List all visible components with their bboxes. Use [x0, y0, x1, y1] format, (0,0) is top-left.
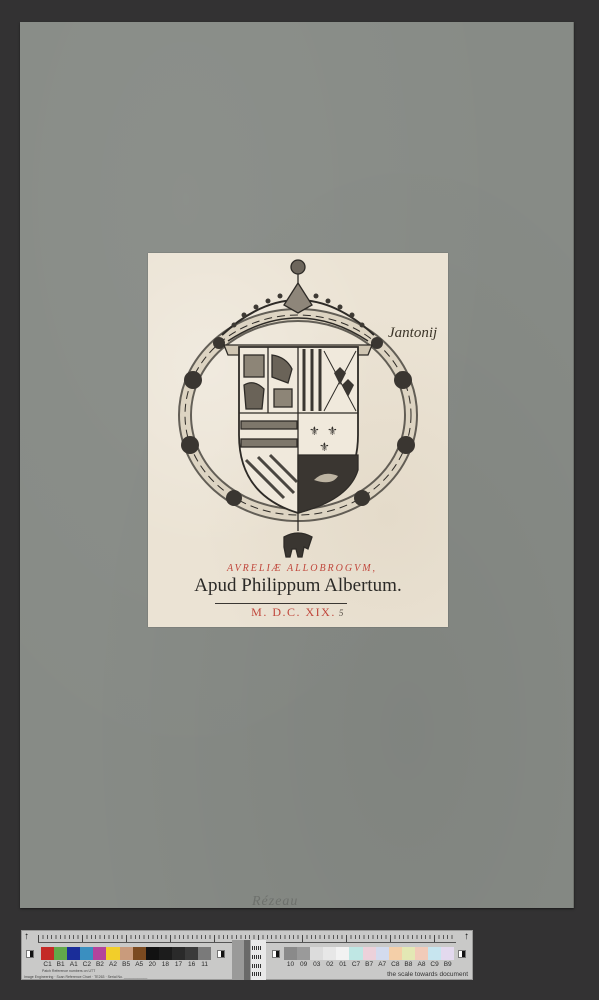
color-swatch [41, 947, 54, 960]
swatch-label: 17 [172, 961, 185, 968]
coat-of-arms-icon: ⚜⚜⚜ [164, 255, 432, 565]
check-patch-icon [458, 950, 466, 958]
swatch-label: 18 [159, 961, 172, 968]
swatch-label: B5 [120, 961, 133, 968]
handwritten-signature: Jantonij [388, 325, 437, 342]
swatch-label: 10 [284, 961, 297, 968]
swatch-label: A8 [415, 961, 428, 968]
swatch-label: 03 [310, 961, 323, 968]
color-swatch [80, 947, 93, 960]
swatch-label: 09 [297, 961, 310, 968]
check-patch-icon [272, 950, 280, 958]
swatch-label: B2 [93, 961, 106, 968]
color-swatch [310, 947, 323, 960]
color-swatch [146, 947, 159, 960]
swatch-label: B9 [441, 961, 454, 968]
color-swatch [297, 947, 310, 960]
imprint-year: M. D.C. XIX.5 [148, 605, 448, 620]
color-swatch [323, 947, 336, 960]
swatch-label: C8 [389, 961, 402, 968]
imprint-divider [215, 603, 347, 604]
left-color-swatches [41, 947, 211, 960]
color-swatch [336, 947, 349, 960]
color-swatch [93, 947, 106, 960]
color-swatch [185, 947, 198, 960]
color-swatch [133, 947, 146, 960]
color-swatch [415, 947, 428, 960]
color-swatch [376, 947, 389, 960]
right-swatch-labels: 1009030201C7B7A7C8B8A8C9B9 [284, 961, 454, 968]
swatch-label: C2 [80, 961, 93, 968]
title-page-fragment: ⚜⚜⚜ Jantonij AVRELIÆ ALLOBROGVM, Apud Ph… [148, 253, 448, 627]
svg-text:⚜: ⚜ [319, 440, 330, 454]
swatch-label: 01 [336, 961, 349, 968]
color-scale-bar: ↑ ↑ C1B1A1C2B2A2B5A52018171611 100903020… [21, 930, 473, 980]
check-patch-icon [26, 950, 34, 958]
color-swatch [172, 947, 185, 960]
swatch-label: A1 [67, 961, 80, 968]
color-swatch [106, 947, 119, 960]
color-swatch [349, 947, 362, 960]
color-swatch [120, 947, 133, 960]
color-swatch [284, 947, 297, 960]
right-color-swatches [284, 947, 454, 960]
swatch-label: 20 [146, 961, 159, 968]
color-swatch [428, 947, 441, 960]
gray-reference-block [232, 940, 266, 980]
svg-text:⚜: ⚜ [327, 424, 338, 438]
scale-footer-right: the scale towards document [387, 971, 468, 978]
up-arrow-icon-right: ↑ [464, 932, 469, 942]
color-swatch [389, 947, 402, 960]
scale-footer-left: Image Engineering · Scan Reference Chart… [24, 975, 147, 979]
pencil-annotation: Rézeau [252, 894, 298, 910]
color-swatch [159, 947, 172, 960]
swatch-label: B8 [402, 961, 415, 968]
swatch-label: C9 [428, 961, 441, 968]
color-swatch [54, 947, 67, 960]
swatch-label: C1 [41, 961, 54, 968]
svg-text:⚜: ⚜ [309, 424, 320, 438]
imprint-city: AVRELIÆ ALLOBROGVM, [148, 563, 448, 574]
swatch-label: 11 [198, 961, 211, 968]
swatch-label: 16 [185, 961, 198, 968]
color-swatch [67, 947, 80, 960]
swatch-label: B7 [363, 961, 376, 968]
color-swatch [441, 947, 454, 960]
color-swatch [402, 947, 415, 960]
swatch-label: B1 [54, 961, 67, 968]
up-arrow-icon-left: ↑ [24, 932, 29, 942]
swatch-label: A2 [106, 961, 119, 968]
patch-note: Patch Reference numbers on UTT [42, 969, 95, 973]
swatch-label: 02 [323, 961, 336, 968]
imprint-year-text: M. D.C. XIX. [251, 605, 336, 619]
check-patch-icon [217, 950, 225, 958]
swatch-label: A5 [133, 961, 146, 968]
imprint-printer: Apud Philippum Albertum. [148, 575, 448, 597]
swatch-label: A7 [376, 961, 389, 968]
color-swatch [198, 947, 211, 960]
imprint-year-mark: 5 [339, 608, 345, 618]
color-swatch [363, 947, 376, 960]
swatch-label: C7 [349, 961, 362, 968]
left-swatch-labels: C1B1A1C2B2A2B5A52018171611 [41, 961, 211, 968]
